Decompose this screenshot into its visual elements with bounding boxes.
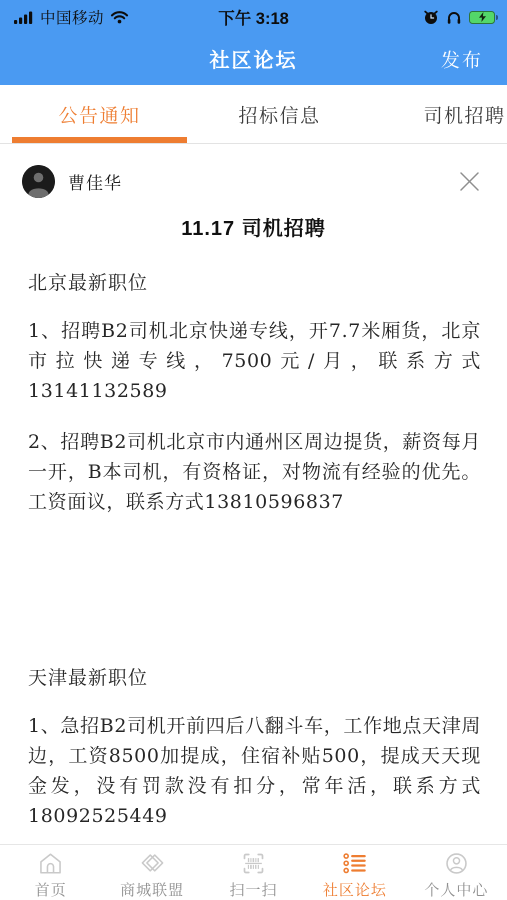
tab-strip: 公告通知 招标信息 司机招聘 xyxy=(0,85,507,144)
tab-bidding-info[interactable]: 招标信息 xyxy=(192,85,367,143)
job-paragraph: 1、急招B2司机开前四后八翻斗车，工作地点天津周边，工资8500加提成，住宿补贴… xyxy=(28,711,481,831)
page-title: 社区论坛 xyxy=(210,44,298,73)
bottom-tab-home[interactable]: 首页 xyxy=(0,850,101,900)
bottom-tab-label: 扫一扫 xyxy=(230,879,278,900)
battery-charging-icon xyxy=(469,11,495,24)
section-heading-beijing: 北京最新职位 xyxy=(28,268,481,295)
job-paragraph: 2、招聘B2司机北京市内通州区周边提货，薪资每月一开，B本司机，有资格证，对物流… xyxy=(28,427,481,517)
tab-announcements[interactable]: 公告通知 xyxy=(12,85,187,143)
bottom-tab-label: 首页 xyxy=(35,879,67,900)
scan-icon xyxy=(240,850,267,877)
bottom-tab-community-forum[interactable]: 社区论坛 xyxy=(304,850,405,900)
status-bar-right xyxy=(423,9,495,25)
bottom-tab-scan[interactable]: 扫一扫 xyxy=(203,850,304,900)
bottom-tab-label: 社区论坛 xyxy=(323,879,387,900)
bottom-tab-label: 个人中心 xyxy=(424,879,488,900)
post-body: 北京最新职位 1、招聘B2司机北京快递专线，开7.7米厢货，北京市拉快递专线，7… xyxy=(28,268,481,831)
nav-bar: 社区论坛 发布 xyxy=(0,32,507,85)
avatar xyxy=(22,165,55,198)
job-paragraph: 1、招聘B2司机北京快递专线，开7.7米厢货，北京市拉快递专线，7500元/月，… xyxy=(28,316,481,406)
forum-list-icon xyxy=(341,850,368,877)
publish-button[interactable]: 发布 xyxy=(435,44,489,73)
bottom-tab-profile[interactable]: 个人中心 xyxy=(406,850,507,900)
status-bar: 中国移动 下午 3:18 xyxy=(0,0,507,32)
bottom-tab-mall-alliance[interactable]: 商城联盟 xyxy=(101,850,202,900)
bottom-tab-bar: 首页 商城联盟 xyxy=(0,844,507,900)
tab-driver-recruitment[interactable]: 司机招聘 xyxy=(377,85,507,143)
bottom-tab-label: 商城联盟 xyxy=(120,879,184,900)
alarm-clock-icon xyxy=(423,9,439,25)
headphones-icon xyxy=(446,10,462,25)
post-title: 11.17 司机招聘 xyxy=(0,212,507,241)
section-heading-tianjin: 天津最新职位 xyxy=(28,663,481,690)
app-screen: 中国移动 下午 3:18 xyxy=(0,0,507,900)
mall-alliance-icon xyxy=(139,850,166,877)
post-author-name: 曹佳华 xyxy=(68,169,122,194)
app-header: 中国移动 下午 3:18 xyxy=(0,0,507,85)
post-header: 曹佳华 xyxy=(22,165,485,198)
profile-icon xyxy=(443,850,470,877)
home-icon xyxy=(37,850,64,877)
active-tab-indicator xyxy=(12,137,187,143)
close-icon[interactable] xyxy=(455,167,483,195)
